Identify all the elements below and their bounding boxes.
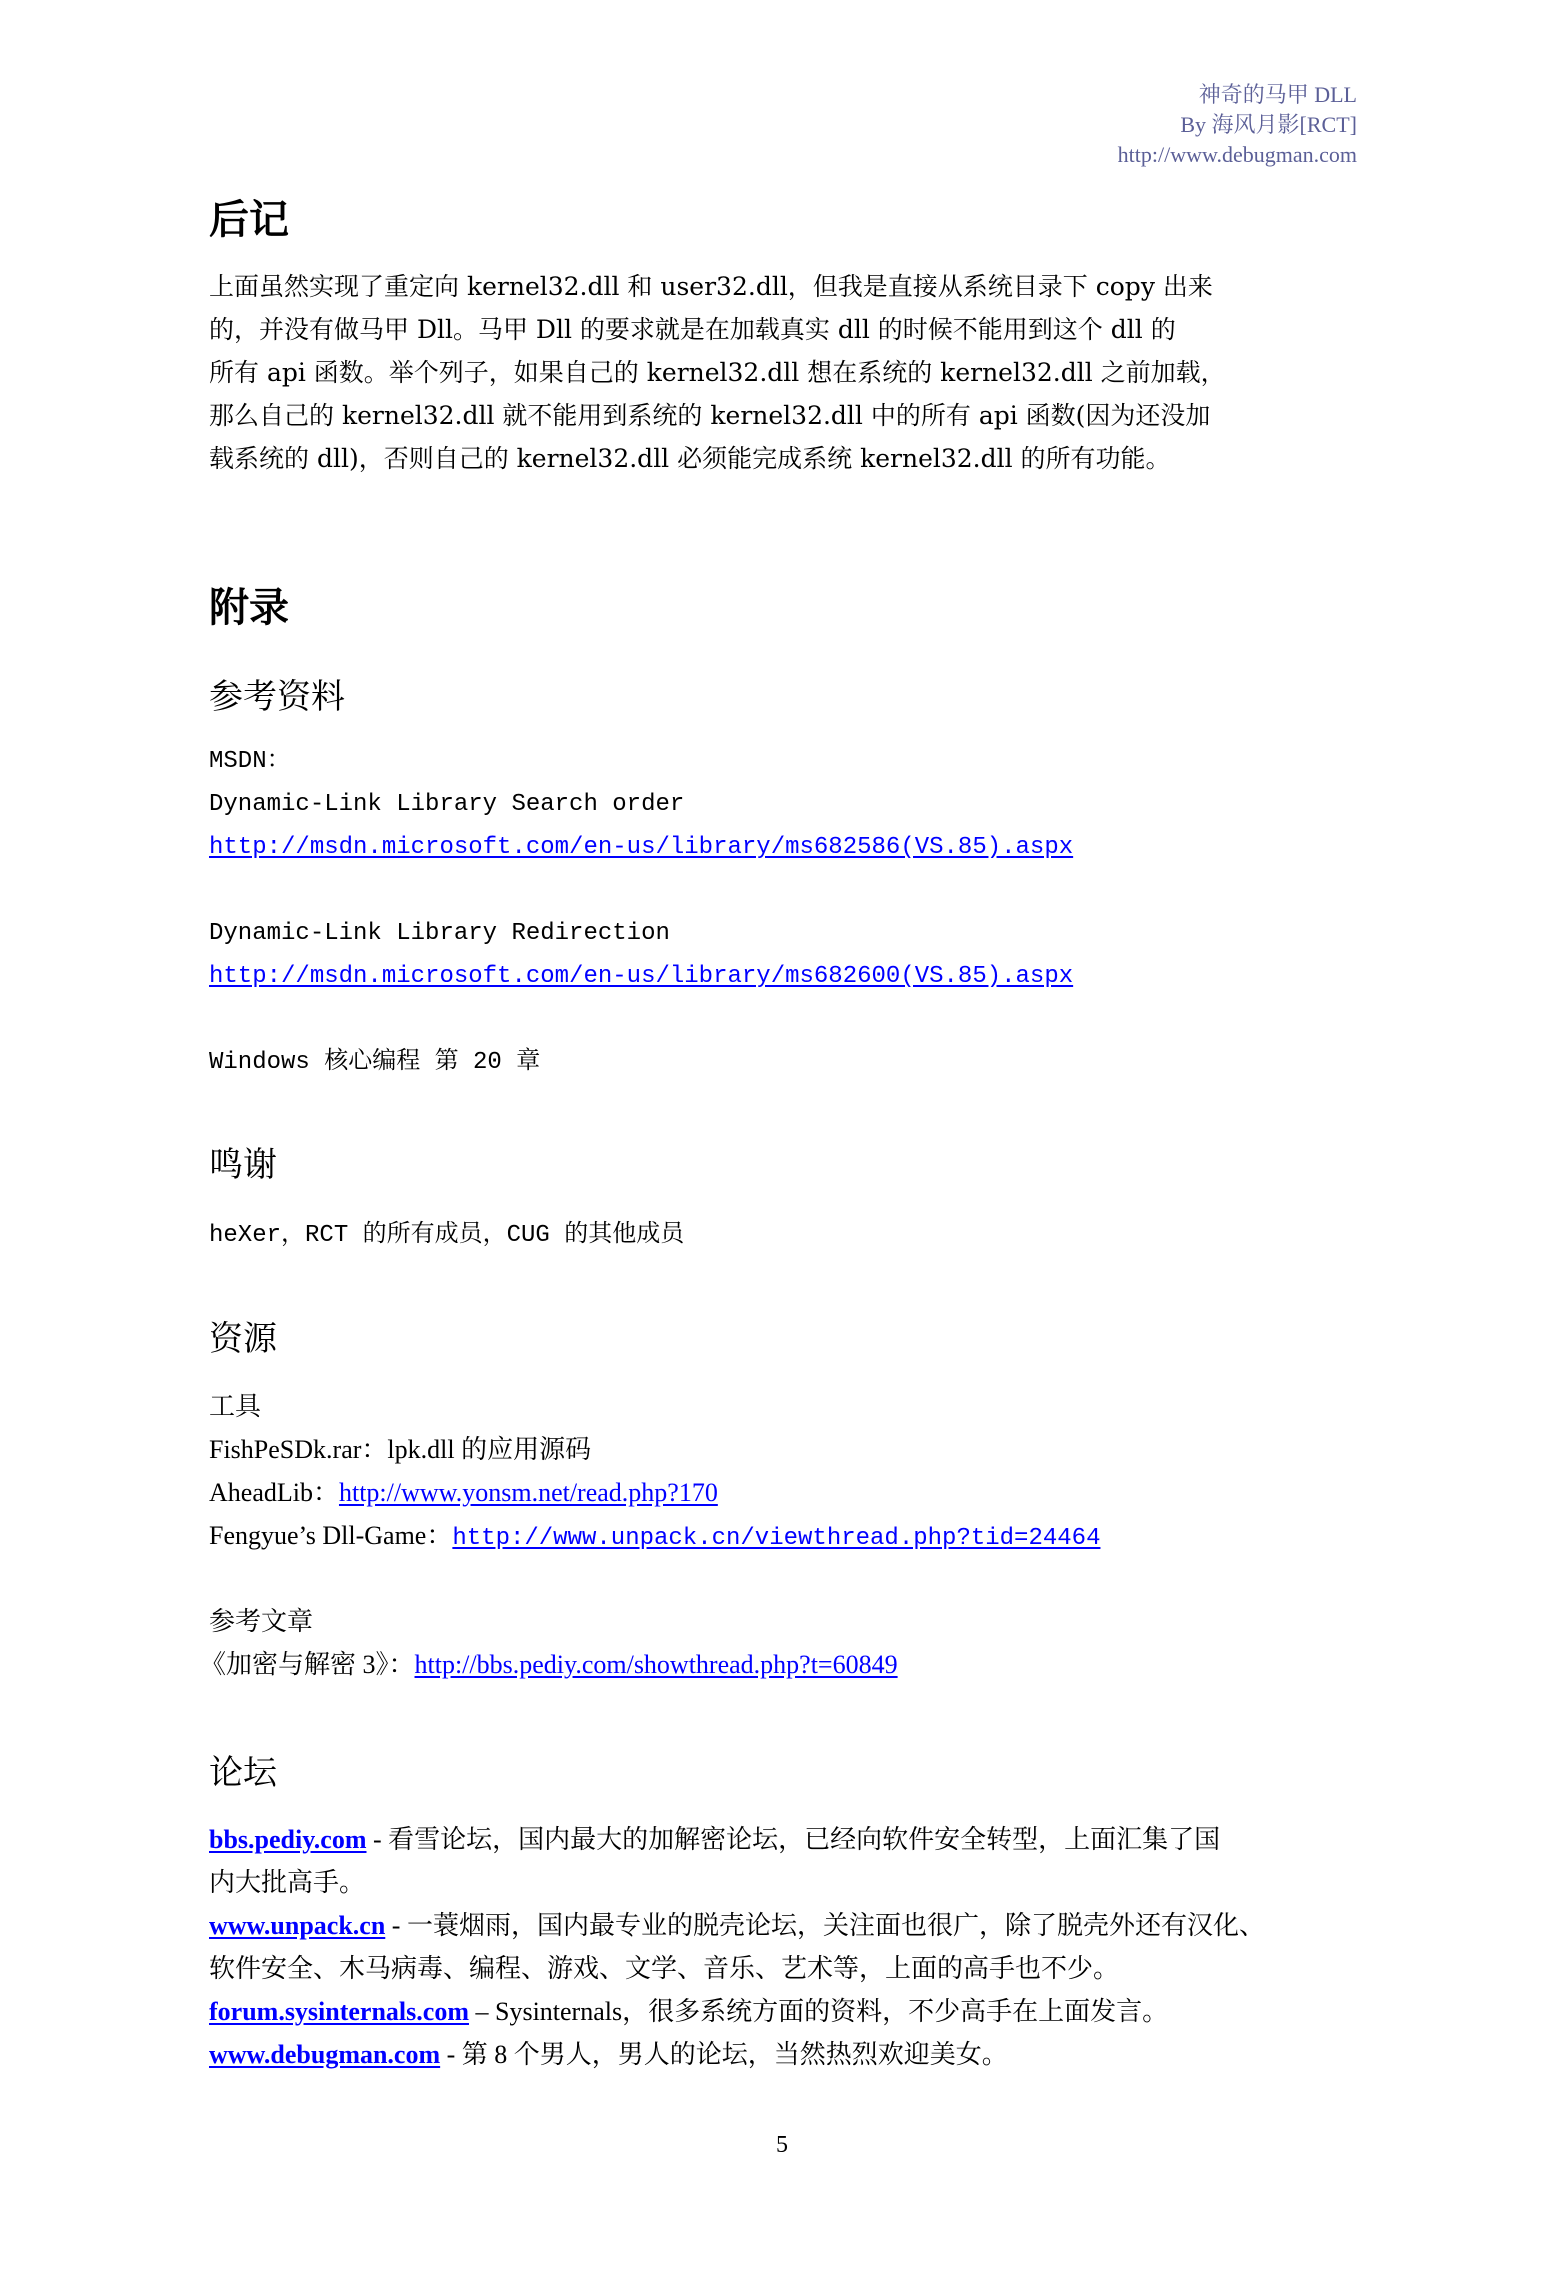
tool-name: AheadLib： bbox=[209, 1478, 339, 1507]
afterword-paragraph: 上面虽然实现了重定向 kernel32.dll 和 user32.dll，但我是… bbox=[209, 265, 1359, 480]
forum-item: forum.sysinternals.com – Sysinternals，很多… bbox=[209, 1990, 1168, 2033]
forum-link-debugman[interactable]: www.debugman.com bbox=[209, 2040, 440, 2069]
reference-title: Dynamic-Link Library Redirection bbox=[209, 912, 670, 955]
afterword-line: 所有 api 函数。举个列子，如果自己的 kernel32.dll 想在系统的 … bbox=[209, 351, 1359, 394]
article-link[interactable]: http://bbs.pediy.com/showthread.php?t=60… bbox=[415, 1650, 898, 1679]
forum-item: www.unpack.cn - 一蓑烟雨，国内最专业的脱壳论坛，关注面也很广，除… bbox=[209, 1904, 1265, 1947]
afterword-heading: 后记 bbox=[209, 196, 289, 244]
forum-link-sysinternals[interactable]: forum.sysinternals.com bbox=[209, 1997, 469, 2026]
tool-name: Fengyue’s Dll-Game： bbox=[209, 1521, 452, 1550]
tools-label: 工具 bbox=[209, 1385, 261, 1428]
forum-link-pediy[interactable]: bbs.pediy.com bbox=[209, 1825, 367, 1854]
header-title: 神奇的马甲 DLL bbox=[1118, 80, 1357, 110]
header-author: By 海风月影[RCT] bbox=[1118, 110, 1357, 140]
thanks-text: heXer，RCT 的所有成员，CUG 的其他成员 bbox=[209, 1214, 684, 1257]
afterword-line: 那么自己的 kernel32.dll 就不能用到系统的 kernel32.dll… bbox=[209, 394, 1359, 437]
afterword-line: 的，并没有做马甲 Dll。马甲 Dll 的要求就是在加载真实 dll 的时候不能… bbox=[209, 308, 1359, 351]
msdn-label: MSDN： bbox=[209, 740, 291, 783]
forum-item: www.debugman.com - 第 8 个男人，男人的论坛，当然热烈欢迎美… bbox=[209, 2033, 1008, 2076]
resources-heading: 资源 bbox=[209, 1318, 277, 1360]
forum-desc-cont: 软件安全、木马病毒、编程、游戏、文学、音乐、艺术等，上面的高手也不少。 bbox=[209, 1947, 1119, 1990]
references-heading: 参考资料 bbox=[209, 676, 345, 718]
article-item: 《加密与解密 3》：http://bbs.pediy.com/showthrea… bbox=[200, 1643, 898, 1686]
running-header: 神奇的马甲 DLL By 海风月影[RCT] http://www.debugm… bbox=[1118, 80, 1357, 170]
forum-desc: - 一蓑烟雨，国内最专业的脱壳论坛，关注面也很广，除了脱壳外还有汉化、 bbox=[385, 1911, 1265, 1940]
articles-label: 参考文章 bbox=[209, 1600, 313, 1643]
article-name: 《加密与解密 3》： bbox=[200, 1650, 415, 1679]
forum-desc-cont: 内大批高手。 bbox=[209, 1861, 365, 1904]
thanks-heading: 鸣谢 bbox=[209, 1144, 277, 1186]
forum-desc: - 看雪论坛，国内最大的加解密论坛，已经向软件安全转型，上面汇集了国 bbox=[367, 1825, 1221, 1854]
reference-link[interactable]: http://msdn.microsoft.com/en-us/library/… bbox=[209, 834, 1073, 861]
tool-item: FishPeSDk.rar：lpk.dll 的应用源码 bbox=[209, 1428, 591, 1471]
reference-book: Windows 核心编程 第 20 章 bbox=[209, 1041, 540, 1084]
forum-item: bbs.pediy.com - 看雪论坛，国内最大的加解密论坛，已经向软件安全转… bbox=[209, 1818, 1220, 1861]
tool-item: AheadLib：http://www.yonsm.net/read.php?1… bbox=[209, 1471, 718, 1514]
appendix-heading: 附录 bbox=[209, 584, 289, 632]
page-number: 5 bbox=[776, 2132, 788, 2159]
forum-link-unpack[interactable]: www.unpack.cn bbox=[209, 1911, 385, 1940]
tool-desc: lpk.dll 的应用源码 bbox=[387, 1435, 591, 1464]
afterword-line: 载系统的 dll)，否则自己的 kernel32.dll 必须能完成系统 ker… bbox=[209, 437, 1359, 480]
tool-name: FishPeSDk.rar： bbox=[209, 1435, 387, 1464]
forums-heading: 论坛 bbox=[209, 1752, 277, 1794]
document-page: 神奇的马甲 DLL By 海风月影[RCT] http://www.debugm… bbox=[0, 0, 1557, 2272]
forum-desc: – Sysinternals，很多系统方面的资料，不少高手在上面发言。 bbox=[469, 1997, 1168, 2026]
tool-link[interactable]: http://www.unpack.cn/viewthread.php?tid=… bbox=[452, 1525, 1100, 1552]
header-site: http://www.debugman.com bbox=[1118, 140, 1357, 170]
reference-title: Dynamic-Link Library Search order bbox=[209, 783, 684, 826]
forum-desc: - 第 8 个男人，男人的论坛，当然热烈欢迎美女。 bbox=[440, 2040, 1008, 2069]
tool-link[interactable]: http://www.yonsm.net/read.php?170 bbox=[339, 1478, 718, 1507]
afterword-line: 上面虽然实现了重定向 kernel32.dll 和 user32.dll，但我是… bbox=[209, 265, 1359, 308]
tool-item: Fengyue’s Dll-Game：http://www.unpack.cn/… bbox=[209, 1514, 1100, 1560]
reference-link[interactable]: http://msdn.microsoft.com/en-us/library/… bbox=[209, 963, 1073, 990]
